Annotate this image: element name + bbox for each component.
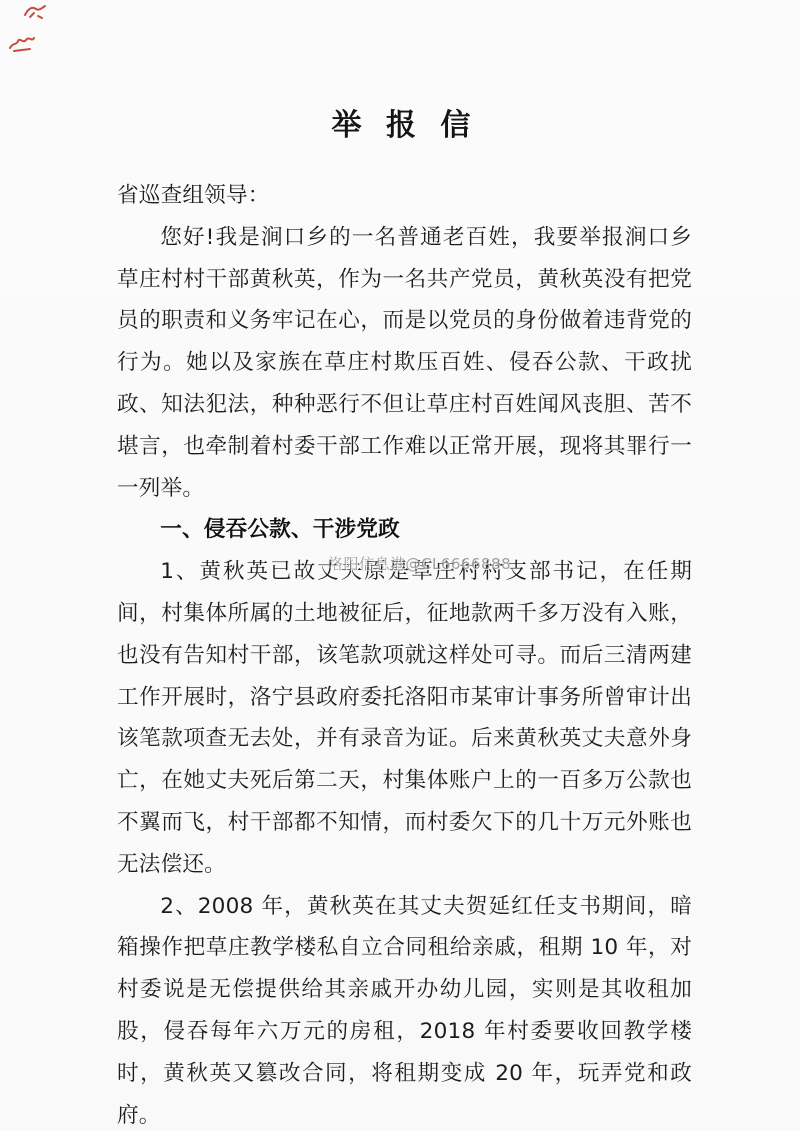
section-heading: 一、侵吞公款、干涉党政: [117, 509, 692, 551]
item-paragraph-1: 1、黄秋英已故丈夫原是草庄村村支部书记，在任期间，村集体所属的土地被征后，征地款…: [117, 551, 692, 885]
intro-paragraph: 您好!我是涧口乡的一名普通老百姓，我要举报涧口乡草庄村村干部黄秋英，作为一名共产…: [117, 217, 692, 510]
item-paragraph-2: 2、2008 年，黄秋英在其丈夫贺延红任支书期间，暗箱操作把草庄教学楼私自立合同…: [117, 886, 692, 1131]
letter-title: 举 报 信: [117, 103, 692, 149]
red-ink-mark-icon: [8, 32, 36, 54]
letter-body: 举 报 信 省巡查组领导： 您好!我是涧口乡的一名普通老百姓，我要举报涧口乡草庄…: [117, 103, 692, 1131]
salutation: 省巡查组领导：: [117, 175, 692, 217]
scanned-letter-page: 举 报 信 省巡查组领导： 您好!我是涧口乡的一名普通老百姓，我要举报涧口乡草庄…: [0, 0, 800, 1131]
red-ink-mark-icon: [22, 3, 48, 21]
